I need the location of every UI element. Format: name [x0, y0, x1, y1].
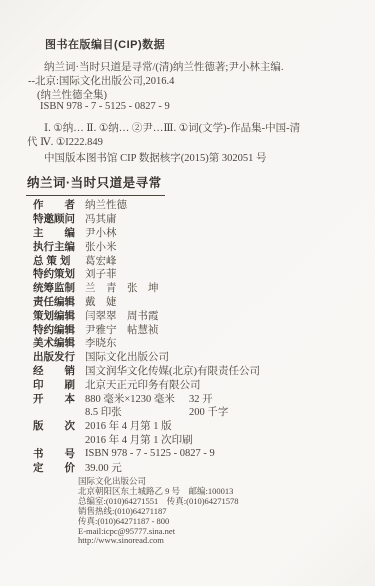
credit-row-chief-editor: 主 编尹小林 [33, 226, 369, 240]
credit-label: 统筹监制 [33, 280, 85, 295]
credit-value: 2016 年 4 月第 1 次印刷 [85, 432, 193, 447]
credit-label: 特约编辑 [33, 322, 85, 337]
credit-row-author: 作 者纳兰性德 [33, 198, 369, 212]
credit-value: 国际文化出版公司 [85, 349, 169, 364]
credit-row-chief-planner: 总 策 划葛宏峰 [33, 253, 369, 267]
book-title: 纳兰词·当时只道是寻常 [26, 173, 165, 196]
cip-header: 图书在版编目(CIP)数据 [45, 36, 165, 52]
credit-value: 8.5 印张 [85, 404, 189, 419]
credit-value: 880 毫米×1230 毫米 [85, 391, 189, 406]
credit-row-responsible-editor: 责任编辑戴 婕 [33, 295, 369, 309]
credit-label: 开 本 [33, 391, 85, 406]
credit-label: 责任编辑 [33, 294, 85, 309]
credit-label: 总 策 划 [33, 253, 85, 268]
credit-value: 李晓东 [85, 335, 117, 350]
cip-record-line: (纳兰性德全集) [37, 87, 107, 102]
credit-row-price: 定 价39.00 元 [33, 460, 369, 474]
credit-label: 印 刷 [33, 377, 85, 392]
credit-value: 200 千字 [189, 404, 228, 419]
credit-value: 葛宏峰 [85, 253, 117, 268]
credit-label: 经 销 [33, 363, 85, 378]
credit-row-planning-editors: 策划编辑闫翠翠 周书霞 [33, 308, 369, 322]
credit-row-printer: 印 刷北京天正元印务有限公司 [33, 377, 369, 391]
cip-classification-line: Ⅰ. ①纳… Ⅱ. ①纳… ②尹…Ⅲ. ①词(文学)-作品集-中国-清 [44, 120, 300, 135]
credit-label: 执行主编 [33, 239, 85, 254]
credit-row-sheets: 8.5 印张200 千字 [33, 405, 369, 419]
credit-value: 2016 年 4 月第 1 版 [85, 418, 172, 433]
credit-value: 闫翠翠 周书霞 [85, 308, 159, 323]
credit-value: 兰 青 张 坤 [85, 280, 159, 295]
credit-value: 32 开 [189, 391, 213, 406]
credit-label: 特约策划 [33, 266, 85, 281]
credit-row-executive-editor: 执行主编张小米 [33, 239, 369, 253]
credit-row-publisher: 出版发行国际文化出版公司 [33, 350, 369, 364]
credit-value: 冯其庸 [85, 211, 117, 226]
credits-table: 作 者纳兰性德 特邀顾问冯其庸 主 编尹小林 执行主编张小米 总 策 划葛宏峰 … [33, 198, 369, 474]
credit-row-guest-advisor: 特邀顾问冯其庸 [33, 212, 369, 226]
credit-row-printing: 2016 年 4 月第 1 次印刷 [33, 433, 369, 447]
credit-label: 主 编 [33, 225, 85, 240]
credit-label: 定 价 [33, 460, 85, 475]
credit-value: 尹雅宁 帖慧祯 [85, 322, 159, 337]
credit-value: 39.00 元 [85, 460, 122, 475]
credit-label: 美术编辑 [33, 335, 85, 350]
credit-value: 张小米 [85, 239, 117, 254]
credit-label: 作 者 [33, 197, 85, 212]
publisher-website: http://www.sinoread.com [78, 536, 239, 546]
credit-value: 国文润华文化传媒(北京)有限责任公司 [85, 363, 260, 378]
cip-record-line: --北京:国际文化出版公司,2016.4 [28, 73, 174, 88]
cip-record-line: 纳兰词·当时只道是寻常/(清)纳兰性德著;尹小林主编. [44, 59, 283, 74]
credit-value: 纳兰性德 [85, 197, 127, 212]
credit-row-isbn: 书 号ISBN 978 - 7 - 5125 - 0827 - 9 [33, 446, 369, 460]
cip-registry-number: 中国版本图书馆 CIP 数据核字(2015)第 302051 号 [44, 150, 266, 165]
credit-row-art-editor: 美术编辑李晓东 [33, 336, 369, 350]
credit-row-edition: 版 次2016 年 4 月第 1 版 [33, 419, 369, 433]
credit-row-format: 开 本880 毫米×1230 毫米32 开 [33, 391, 369, 405]
cip-isbn-line: ISBN 978 - 7 - 5125 - 0827 - 9 [40, 101, 170, 112]
credit-label: 策划编辑 [33, 308, 85, 323]
cip-classification-line: 代 Ⅳ. ①I222.849 [27, 134, 103, 149]
credit-row-supervisors: 统筹监制兰 青 张 坤 [33, 281, 369, 295]
credit-label: 特邀顾问 [33, 211, 85, 226]
colophon-page: 图书在版编目(CIP)数据 纳兰词·当时只道是寻常/(清)纳兰性德著;尹小林主编… [0, 0, 375, 586]
credit-row-distributor: 经 销国文润华文化传媒(北京)有限责任公司 [33, 364, 369, 378]
credit-value: 戴 婕 [85, 294, 117, 309]
credit-row-special-planner: 特约策划刘子菲 [33, 267, 369, 281]
credit-value: 北京天正元印务有限公司 [85, 377, 201, 392]
credit-label: 出版发行 [33, 349, 85, 364]
credit-label: 版 次 [33, 418, 85, 433]
credit-value: ISBN 978 - 7 - 5125 - 0827 - 9 [85, 448, 215, 459]
credit-label: 书 号 [33, 446, 85, 461]
credit-row-special-editors: 特约编辑尹雅宁 帖慧祯 [33, 322, 369, 336]
credit-value: 刘子菲 [85, 266, 117, 281]
credit-value: 尹小林 [85, 225, 117, 240]
publisher-contact-block: 国际文化出版公司 北京朝阳区东土城路乙 9 号 邮编:100013 总编室:(0… [78, 477, 239, 546]
